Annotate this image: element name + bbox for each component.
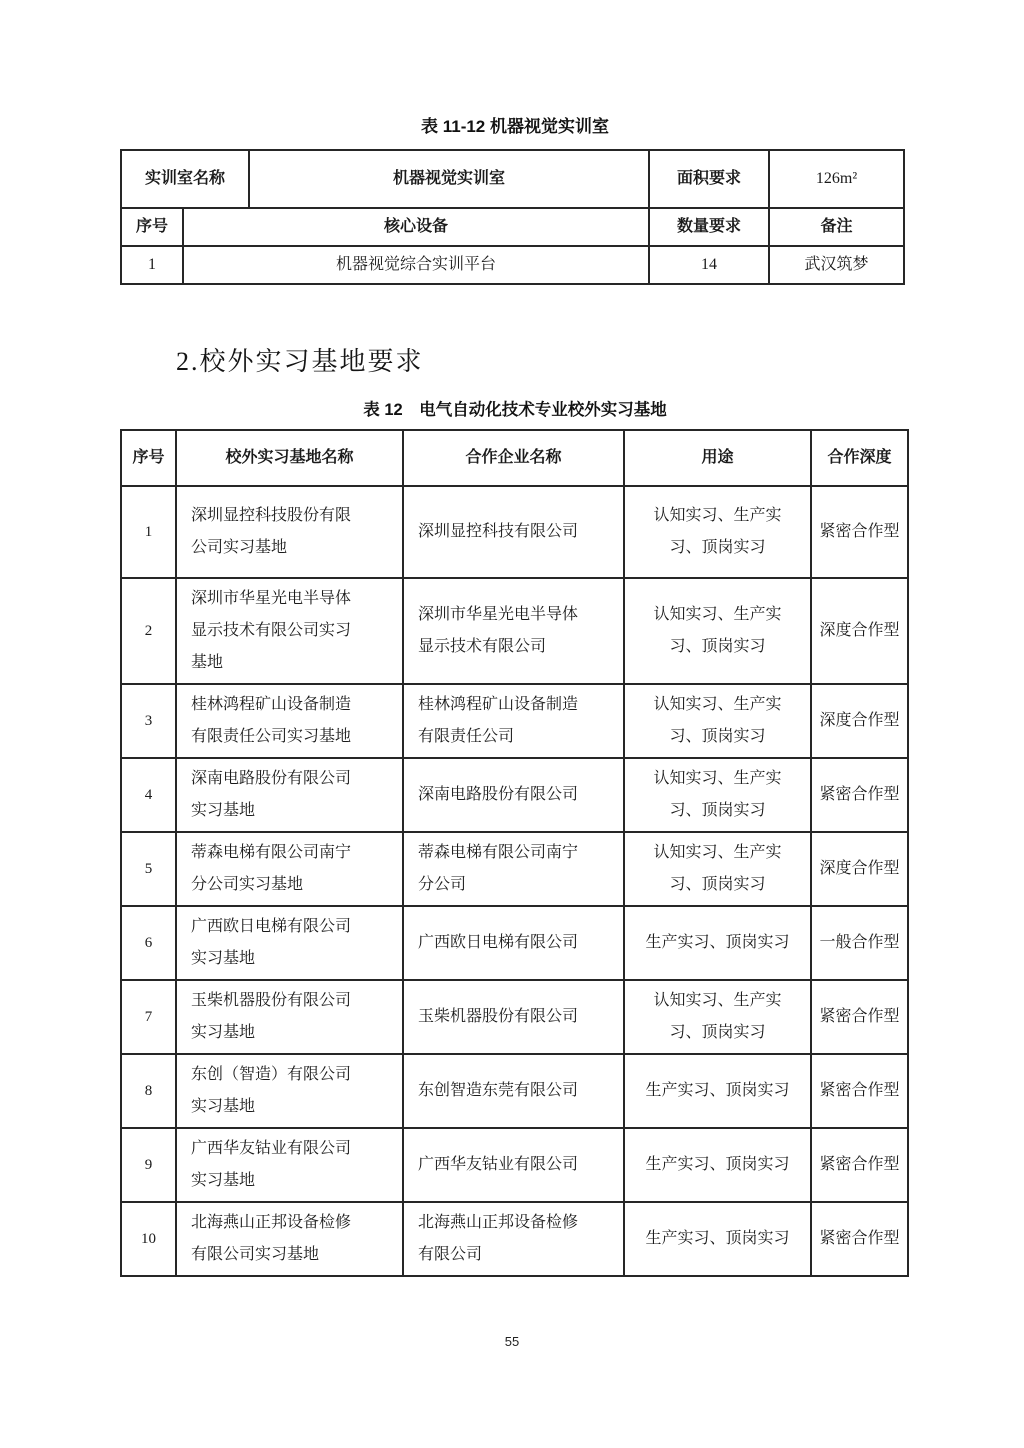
seq-cell: 1 <box>121 486 176 578</box>
room-name-value: 机器视觉实训室 <box>249 150 649 208</box>
usage-cell: 认知实习、生产实习、顶岗实习 <box>624 684 811 758</box>
depth-cell: 深度合作型 <box>811 684 908 758</box>
table-row: 7 玉柴机器股份有限公司实习基地 玉柴机器股份有限公司 认知实习、生产实习、顶岗… <box>121 980 908 1054</box>
seq-cell: 10 <box>121 1202 176 1276</box>
depth-header: 合作深度 <box>811 430 908 486</box>
company-cell: 玉柴机器股份有限公司 <box>403 980 624 1054</box>
room-name-label: 实训室名称 <box>121 150 249 208</box>
depth-cell: 紧密合作型 <box>811 486 908 578</box>
table-row: 9 广西华友钴业有限公司实习基地 广西华友钴业有限公司 生产实习、顶岗实习 紧密… <box>121 1128 908 1202</box>
seq-cell: 5 <box>121 832 176 906</box>
company-header: 合作企业名称 <box>403 430 624 486</box>
usage-cell: 认知实习、生产实习、顶岗实习 <box>624 486 811 578</box>
usage-cell: 生产实习、顶岗实习 <box>624 906 811 980</box>
usage-cell: 生产实习、顶岗实习 <box>624 1054 811 1128</box>
usage-header: 用途 <box>624 430 811 486</box>
company-cell: 广西欧日电梯有限公司 <box>403 906 624 980</box>
seq-cell: 9 <box>121 1128 176 1202</box>
depth-cell: 紧密合作型 <box>811 758 908 832</box>
equipment-cell: 机器视觉综合实训平台 <box>183 246 649 284</box>
base-name-header: 校外实习基地名称 <box>176 430 403 486</box>
base-name-cell: 蒂森电梯有限公司南宁分公司实习基地 <box>176 832 403 906</box>
document-page: 表 11-12 机器视觉实训室 实训室名称 机器视觉实训室 面积要求 126m²… <box>120 0 910 1277</box>
base-name-cell: 广西华友钴业有限公司实习基地 <box>176 1128 403 1202</box>
base-name-cell: 东创（智造）有限公司实习基地 <box>176 1054 403 1128</box>
equipment-table-title: 表 11-12 机器视觉实训室 <box>120 112 910 137</box>
table-row: 2 深圳市华星光电半导体显示技术有限公司实习基地 深圳市华星光电半导体显示技术有… <box>121 578 908 684</box>
table-row: 8 东创（智造）有限公司实习基地 东创智造东莞有限公司 生产实习、顶岗实习 紧密… <box>121 1054 908 1128</box>
internship-base-table: 序号 校外实习基地名称 合作企业名称 用途 合作深度 1 深圳显控科技股份有限公… <box>120 429 909 1277</box>
usage-cell: 生产实习、顶岗实习 <box>624 1128 811 1202</box>
area-value: 126m² <box>769 150 904 208</box>
depth-cell: 一般合作型 <box>811 906 908 980</box>
seq-cell: 4 <box>121 758 176 832</box>
table-row: 4 深南电路股份有限公司实习基地 深南电路股份有限公司 认知实习、生产实习、顶岗… <box>121 758 908 832</box>
remark-header: 备注 <box>769 208 904 246</box>
base-name-cell: 桂林鸿程矿山设备制造有限责任公司实习基地 <box>176 684 403 758</box>
equipment-table: 实训室名称 机器视觉实训室 面积要求 126m² 序号 核心设备 数量要求 备注… <box>120 149 905 285</box>
table-row: 6 广西欧日电梯有限公司实习基地 广西欧日电梯有限公司 生产实习、顶岗实习 一般… <box>121 906 908 980</box>
usage-cell: 认知实习、生产实习、顶岗实习 <box>624 578 811 684</box>
table-row: 1 深圳显控科技股份有限公司实习基地 深圳显控科技有限公司 认知实习、生产实习、… <box>121 486 908 578</box>
remark-cell: 武汉筑梦 <box>769 246 904 284</box>
usage-cell: 认知实习、生产实习、顶岗实习 <box>624 980 811 1054</box>
depth-cell: 紧密合作型 <box>811 1128 908 1202</box>
depth-cell: 深度合作型 <box>811 578 908 684</box>
company-cell: 桂林鸿程矿山设备制造有限责任公司 <box>403 684 624 758</box>
company-cell: 东创智造东莞有限公司 <box>403 1054 624 1128</box>
seq-cell: 6 <box>121 906 176 980</box>
usage-cell: 生产实习、顶岗实习 <box>624 1202 811 1276</box>
company-cell: 蒂森电梯有限公司南宁分公司 <box>403 832 624 906</box>
table-header-row: 序号 校外实习基地名称 合作企业名称 用途 合作深度 <box>121 430 908 486</box>
table-row: 1 机器视觉综合实训平台 14 武汉筑梦 <box>121 246 904 284</box>
base-name-cell: 玉柴机器股份有限公司实习基地 <box>176 980 403 1054</box>
seq-cell: 2 <box>121 578 176 684</box>
depth-cell: 紧密合作型 <box>811 1054 908 1128</box>
depth-cell: 紧密合作型 <box>811 1202 908 1276</box>
table-row: 10 北海燕山正邦设备检修有限公司实习基地 北海燕山正邦设备检修有限公司 生产实… <box>121 1202 908 1276</box>
seq-header: 序号 <box>121 208 183 246</box>
company-cell: 北海燕山正邦设备检修有限公司 <box>403 1202 624 1276</box>
table-header-row: 序号 核心设备 数量要求 备注 <box>121 208 904 246</box>
table-row: 3 桂林鸿程矿山设备制造有限责任公司实习基地 桂林鸿程矿山设备制造有限责任公司 … <box>121 684 908 758</box>
company-cell: 深南电路股份有限公司 <box>403 758 624 832</box>
equipment-header: 核心设备 <box>183 208 649 246</box>
usage-cell: 认知实习、生产实习、顶岗实习 <box>624 832 811 906</box>
depth-cell: 紧密合作型 <box>811 980 908 1054</box>
quantity-header: 数量要求 <box>649 208 769 246</box>
table-row: 5 蒂森电梯有限公司南宁分公司实习基地 蒂森电梯有限公司南宁分公司 认知实习、生… <box>121 832 908 906</box>
seq-cell: 7 <box>121 980 176 1054</box>
section-heading: 2.校外实习基地要求 <box>176 341 910 378</box>
seq-cell: 3 <box>121 684 176 758</box>
seq-cell: 8 <box>121 1054 176 1128</box>
seq-cell: 1 <box>121 246 183 284</box>
base-name-cell: 深圳市华星光电半导体显示技术有限公司实习基地 <box>176 578 403 684</box>
base-name-cell: 深南电路股份有限公司实习基地 <box>176 758 403 832</box>
quantity-cell: 14 <box>649 246 769 284</box>
base-name-cell: 广西欧日电梯有限公司实习基地 <box>176 906 403 980</box>
usage-cell: 认知实习、生产实习、顶岗实习 <box>624 758 811 832</box>
base-table-title: 表 12 电气自动化技术专业校外实习基地 <box>120 396 910 420</box>
company-cell: 深圳显控科技有限公司 <box>403 486 624 578</box>
base-name-cell: 北海燕山正邦设备检修有限公司实习基地 <box>176 1202 403 1276</box>
company-cell: 深圳市华星光电半导体显示技术有限公司 <box>403 578 624 684</box>
table-row: 实训室名称 机器视觉实训室 面积要求 126m² <box>121 150 904 208</box>
base-name-cell: 深圳显控科技股份有限公司实习基地 <box>176 486 403 578</box>
seq-header: 序号 <box>121 430 176 486</box>
area-label: 面积要求 <box>649 150 769 208</box>
company-cell: 广西华友钴业有限公司 <box>403 1128 624 1202</box>
page-number: 55 <box>0 1334 1024 1349</box>
depth-cell: 深度合作型 <box>811 832 908 906</box>
